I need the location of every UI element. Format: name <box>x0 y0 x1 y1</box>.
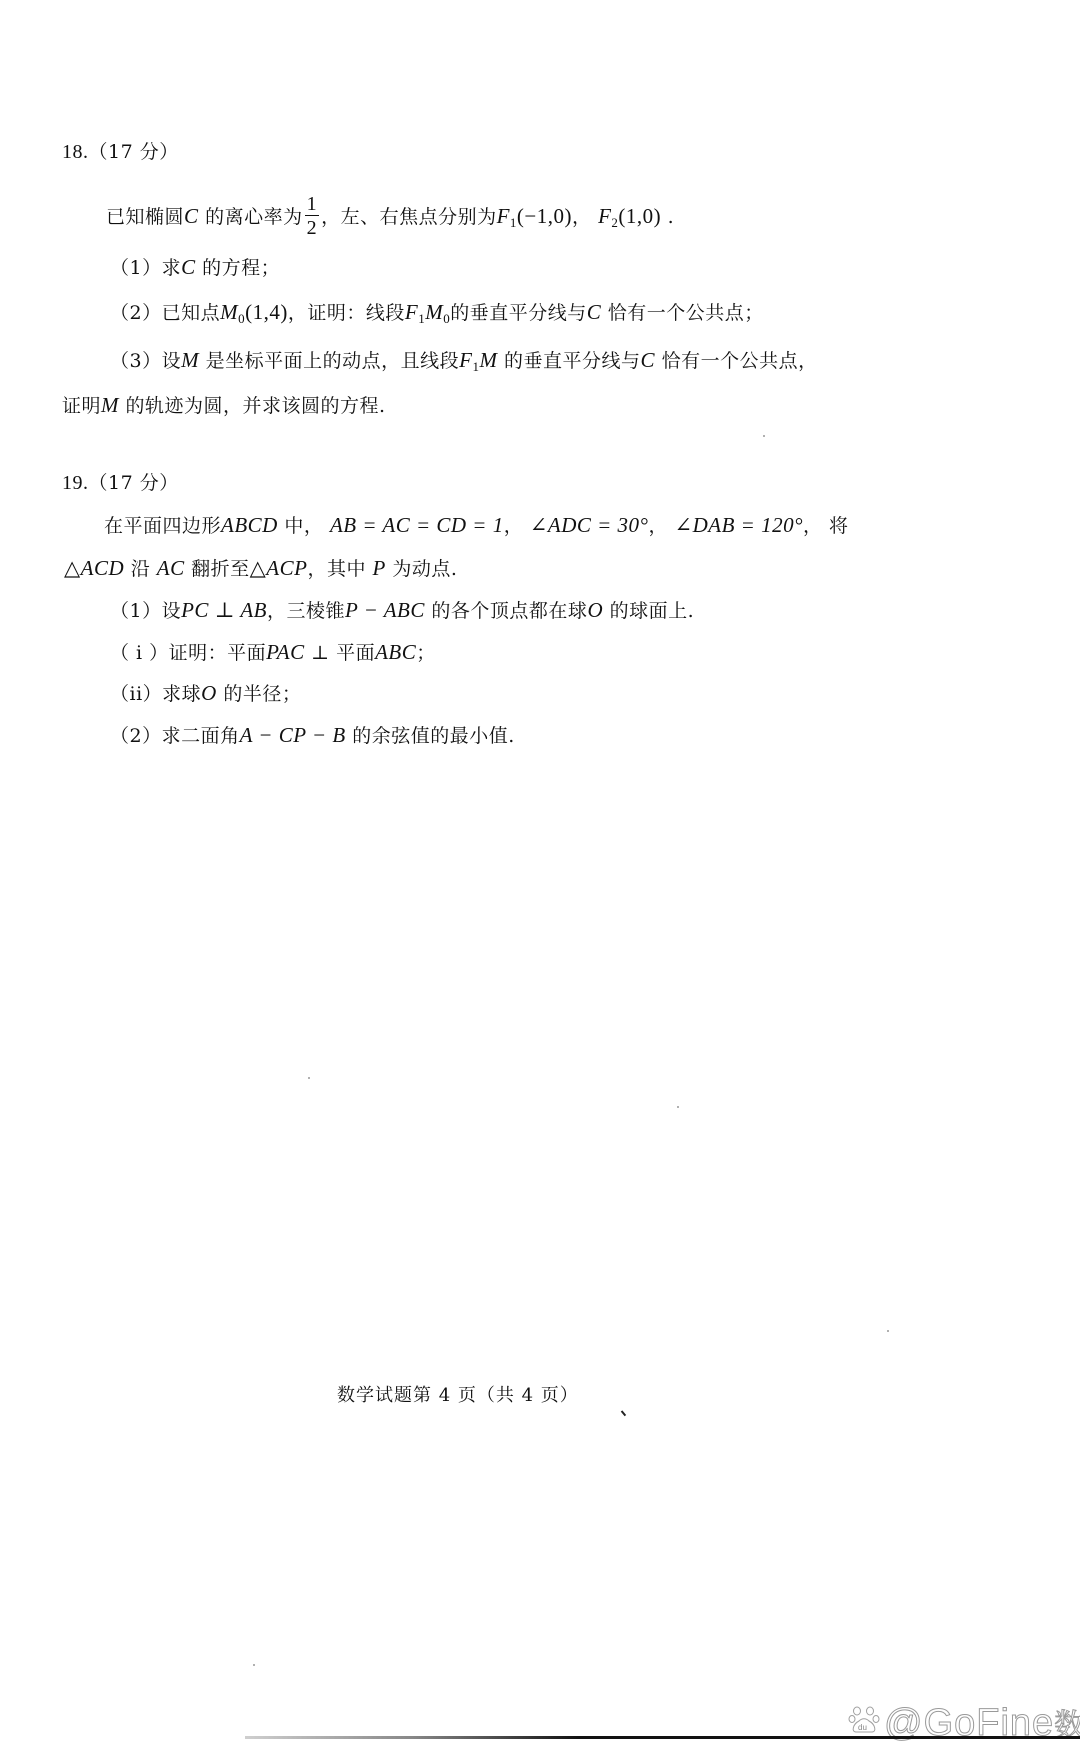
math-expr: ∠DAB = 120° <box>675 513 804 537</box>
text: 翻折至 <box>185 558 250 580</box>
text: 的轨迹为圆，并求该圆的方程. <box>119 395 386 417</box>
text: 在平面四边形 <box>104 515 221 537</box>
math-var: C <box>184 204 199 228</box>
math-expr: ABC <box>375 640 416 664</box>
scan-speck <box>677 1106 679 1108</box>
text: 设 <box>162 600 182 622</box>
q19-number: 19. <box>62 472 89 494</box>
text: 的半径； <box>217 683 302 705</box>
text: 中， <box>278 515 330 537</box>
text: ， <box>504 515 530 537</box>
text: 的球面上. <box>603 600 694 622</box>
q18-points: （17 分） <box>89 141 179 163</box>
q19-header: 19.（17 分） <box>62 471 179 495</box>
math-var: M <box>425 300 443 324</box>
math-var: C <box>587 300 602 324</box>
scan-speck <box>763 435 765 437</box>
q18-stem: 已知椭圆C 的离心率为12，左、右焦点分别为F1(−1,0)， F2(1,0) … <box>106 196 674 240</box>
bottom-rule <box>245 1736 1080 1739</box>
text: 求二面角 <box>162 725 240 747</box>
math-var: M <box>181 348 199 372</box>
math-expr: AB = AC = CD = 1 <box>330 513 504 537</box>
text: 为动点. <box>386 558 458 580</box>
text: ， <box>572 206 598 228</box>
text: 是坐标平面上的动点，且线段 <box>199 350 459 372</box>
scan-speck <box>308 1077 310 1079</box>
text: 的余弦值的最小值. <box>346 725 515 747</box>
text: 恰有一个公共点， <box>655 350 818 372</box>
q18-part-3-continuation: 证明M 的轨迹为圆，并求该圆的方程. <box>62 393 386 418</box>
q18-part-1: （1）求C 的方程； <box>110 255 280 280</box>
text: ， 将 <box>803 515 849 537</box>
q19-stem-line-1: 在平面四边形ABCD 中， AB = AC = CD = 1， ∠ADC = 3… <box>104 513 849 538</box>
math-expr: △ACP <box>250 556 308 580</box>
fraction-denominator: 2 <box>305 216 320 238</box>
text: ，其中 <box>307 558 372 580</box>
q18-part-3: （3）设M 是坐标平面上的动点，且线段F1M 的垂直平分线与C 恰有一个公共点， <box>110 348 818 379</box>
math-var: F <box>497 204 510 228</box>
part-label: （ i ） <box>110 642 169 664</box>
math-expr: ∠ADC = 30° <box>530 513 649 537</box>
text: 已知点 <box>162 302 221 324</box>
math-expr: △ACD <box>64 556 124 580</box>
text: 的垂直平分线与 <box>450 302 587 324</box>
math-var: M <box>479 348 497 372</box>
math-var: M <box>220 300 238 324</box>
text: 的垂直平分线与 <box>497 350 640 372</box>
text: ， <box>648 515 674 537</box>
q19-part-1: （1）设PC ⊥ AB，三棱锥P − ABC 的各个顶点都在球O 的球面上. <box>110 598 694 623</box>
q18-number: 18. <box>62 141 89 163</box>
text: ，证明：线段 <box>288 302 405 324</box>
text: 证明 <box>62 395 101 417</box>
part-label: （1） <box>110 257 162 279</box>
q19-part-2: （2）求二面角A − CP − B 的余弦值的最小值. <box>110 723 515 748</box>
baidu-paw-icon: du <box>848 1704 880 1736</box>
part-label: （ii） <box>110 683 162 705</box>
scan-speck <box>887 1330 889 1332</box>
q19-part-1-i: （ i ）证明：平面PAC ⊥ 平面ABC； <box>110 640 436 665</box>
math-expr: P − ABC <box>345 598 425 622</box>
part-label: （1） <box>110 600 162 622</box>
q19-part-1-ii: （ii）求球O 的半径； <box>110 681 301 706</box>
coordinate: (−1,0) <box>517 204 572 228</box>
math-var: P <box>373 556 386 580</box>
text: ，左、右焦点分别为 <box>321 206 497 228</box>
text: . <box>661 206 674 228</box>
part-label: （2） <box>110 302 162 324</box>
text: 设 <box>162 350 182 372</box>
text: 沿 <box>124 558 157 580</box>
math-var: M <box>101 393 119 417</box>
text: 证明：平面 <box>169 642 267 664</box>
text: 恰有一个公共点； <box>601 302 764 324</box>
page-footer: 数学试题第 4 页（共 4 页） <box>337 1381 579 1407</box>
math-var: F <box>598 204 611 228</box>
math-expr: PAC <box>266 640 304 664</box>
text: 已知椭圆 <box>106 206 184 228</box>
math-var: O <box>201 681 217 705</box>
text: 求 <box>162 257 182 279</box>
math-var: F <box>405 300 418 324</box>
text: 的离心率为 <box>199 206 303 228</box>
fraction-numerator: 1 <box>305 194 320 216</box>
text: 的各个顶点都在球 <box>425 600 588 622</box>
text: ，三棱锥 <box>267 600 345 622</box>
subscript: 1 <box>510 215 517 230</box>
part-label: （3） <box>110 350 162 372</box>
fraction-one-half: 12 <box>305 194 320 238</box>
scan-speck <box>253 1664 255 1666</box>
text: 的方程； <box>196 257 281 279</box>
q18-header: 18.（17 分） <box>62 140 179 164</box>
math-expr: ABCD <box>221 513 278 537</box>
coordinate: (1,0) <box>618 204 661 228</box>
text: 求球 <box>162 683 201 705</box>
math-var: O <box>587 598 603 622</box>
math-expr: PC ⊥ AB <box>181 598 267 622</box>
coordinate: (1,4) <box>245 300 288 324</box>
text: ； <box>416 642 436 664</box>
math-var: F <box>459 348 472 372</box>
q19-stem-line-2: △ACD 沿 AC 翻折至△ACP，其中 P 为动点. <box>64 556 457 581</box>
math-expr: A − CP − B <box>240 723 346 747</box>
math-expr: AC <box>157 556 185 580</box>
part-label: （2） <box>110 725 162 747</box>
q18-part-2: （2）已知点M0(1,4)，证明：线段F1M0的垂直平分线与C 恰有一个公共点； <box>110 300 764 331</box>
q19-points: （17 分） <box>89 472 179 494</box>
math-var: C <box>181 255 196 279</box>
svg-text:du: du <box>858 1723 867 1732</box>
math-var: C <box>641 348 656 372</box>
text: ⊥ 平面 <box>305 642 375 664</box>
scan-mark <box>621 1408 629 1416</box>
